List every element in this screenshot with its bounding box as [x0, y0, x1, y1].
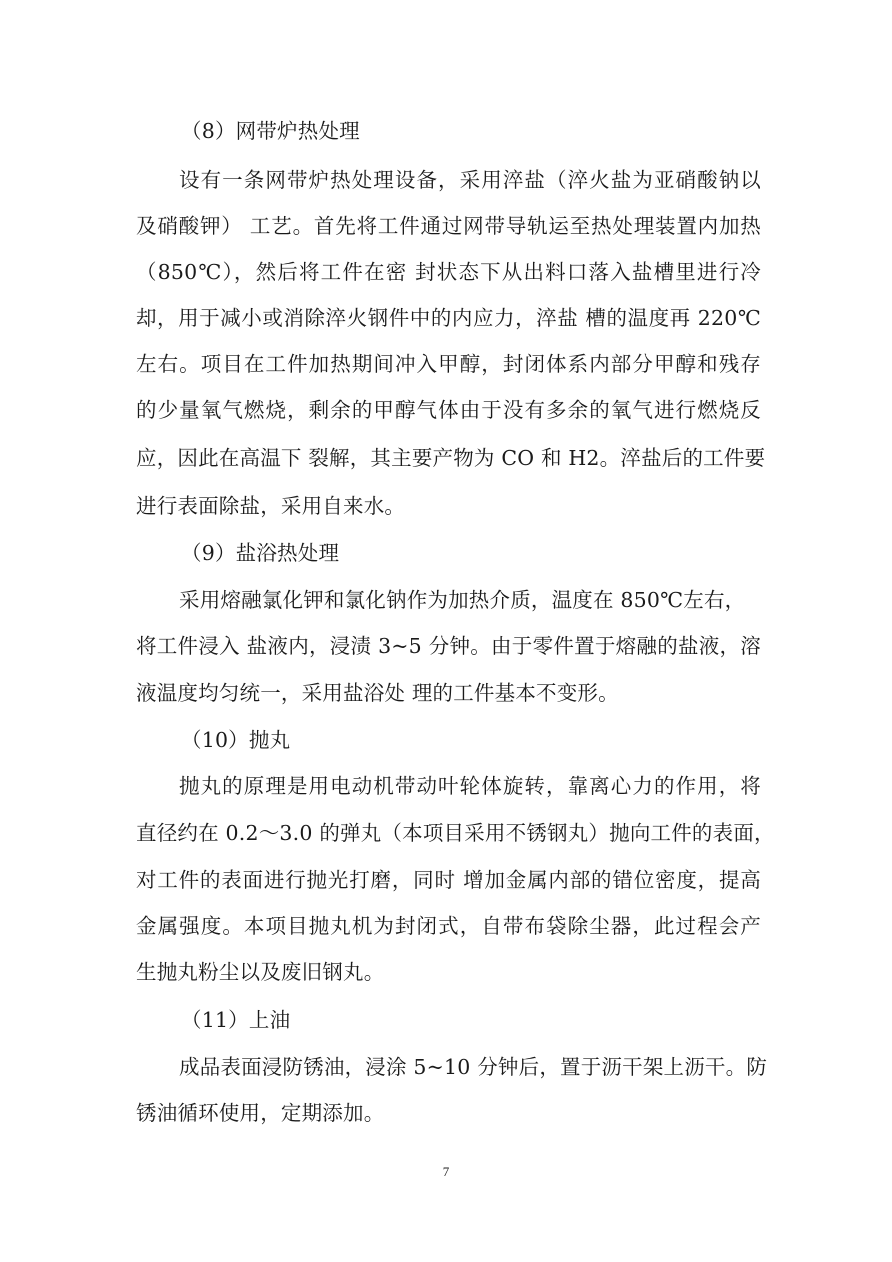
paragraph-line: 锈油循环使用，定期添加。	[136, 1099, 761, 1127]
section-heading-10: （10）抛丸	[181, 726, 806, 754]
paragraph-line: 生抛丸粉尘以及废旧钢丸。	[136, 958, 761, 986]
paragraph-line: （850℃），然后将工件在密 封状态下从出料口落入盐槽里进行冷	[136, 258, 761, 286]
paragraph-line: 液温度均匀统一，采用盐浴处 理的工件基本不变形。	[136, 679, 761, 707]
paragraph-line: 成品表面浸防锈油，浸涂 5~10 分钟后，置于沥干架上沥干。防	[179, 1053, 761, 1081]
paragraph-line: 应，因此在高温下 裂解，其主要产物为 CO 和 H2。淬盐后的工件要	[136, 444, 761, 472]
paragraph-line: 金属强度。本项目抛丸机为封闭式，自带布袋除尘器，此过程会产	[136, 912, 761, 940]
paragraph-line: 将工件浸入 盐液内，浸渍 3~5 分钟。由于零件置于熔融的盐液，溶	[136, 632, 761, 660]
paragraph-line: 采用熔融氯化钾和氯化钠作为加热介质，温度在 850℃左右，	[179, 586, 761, 614]
paragraph-line: 左右。项目在工件加热期间冲入甲醇，封闭体系内部分甲醇和残存	[136, 350, 761, 378]
paragraph-line: 进行表面除盐，采用自来水。	[136, 492, 761, 520]
paragraph-line: 对工件的表面进行抛光打磨，同时 增加金属内部的错位密度，提高	[136, 866, 761, 894]
paragraph-line: 抛丸的原理是用电动机带动叶轮体旋转，靠离心力的作用，将	[179, 772, 761, 800]
section-heading-11: （11）上油	[181, 1006, 806, 1034]
paragraph-line: 却，用于减小或消除淬火钢件中的内应力，淬盐 槽的温度再 220℃	[136, 304, 761, 332]
document-page: （8）网带炉热处理 设有一条网带炉热处理设备，采用淬盐（淬火盐为亚硝酸钠以 及硝…	[0, 0, 892, 1262]
paragraph-line: 设有一条网带炉热处理设备，采用淬盐（淬火盐为亚硝酸钠以	[179, 166, 761, 194]
section-heading-8: （8）网带炉热处理	[181, 117, 806, 145]
paragraph-line: 直径约在 0.2～3.0 的弹丸（本项目采用不锈钢丸）抛向工件的表面，	[136, 819, 761, 847]
page-number: 7	[0, 1164, 892, 1180]
paragraph-line: 及硝酸钾） 工艺。首先将工件通过网带导轨运至热处理装置内加热	[136, 212, 761, 240]
section-heading-9: （9）盐浴热处理	[181, 539, 806, 567]
paragraph-line: 的少量氧气燃烧，剩余的甲醇气体由于没有多余的氧气进行燃烧反	[136, 396, 761, 424]
